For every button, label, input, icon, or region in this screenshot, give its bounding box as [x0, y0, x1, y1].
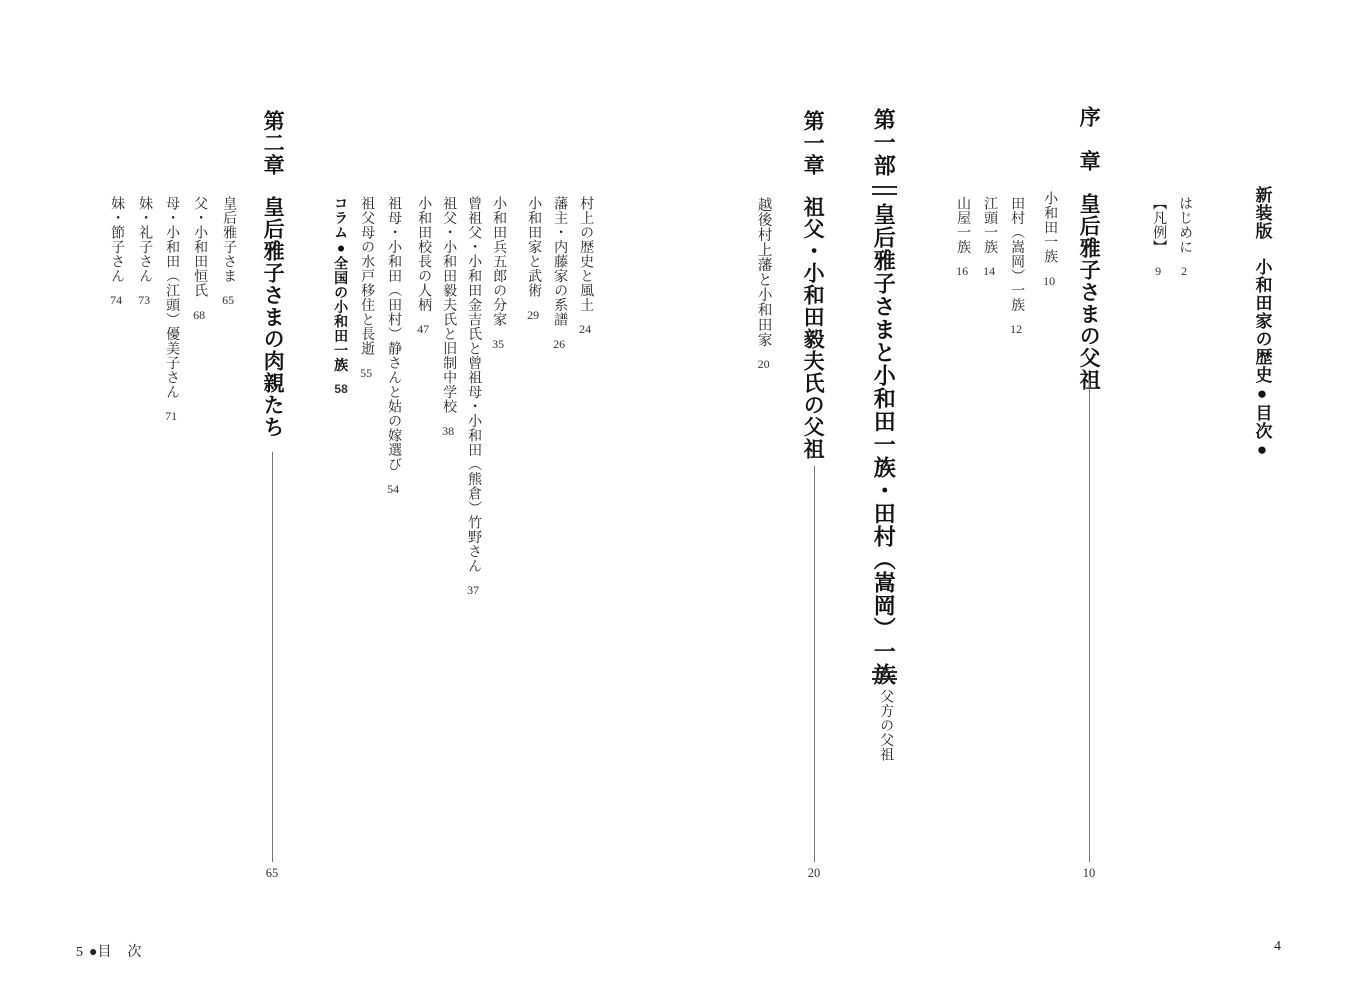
toc-entry-page: 37	[467, 584, 479, 598]
toc-entry-title: 祖母・小和田（田村）静さんと姑の嫁選び	[386, 196, 401, 472]
toc-entry-title: 山屋一族	[955, 196, 970, 254]
book-title: 新装版 小和田家の歴史●目次●	[1252, 186, 1272, 460]
toc-spread: 新装版 小和田家の歴史●目次● はじめに2 【凡例】9 序 章 皇后雅子さまの父…	[0, 0, 1362, 1000]
toc-entry: 母・小和田（江頭）優美子さん71	[163, 196, 179, 424]
toc-entry-page: 71	[165, 410, 177, 424]
toc-entry: 曾祖父・小和田金吉氏と曾祖母・小和田（熊倉）竹野さん37	[465, 196, 481, 598]
intro-chapter-label: 序 章	[1077, 106, 1101, 172]
toc-entry: 祖父母の水戸移住と長逝55	[358, 196, 374, 380]
toc-entry: 祖父・小和田毅夫氏と旧制中学校38	[440, 196, 456, 438]
toc-entry: 妹・節子さん74	[108, 196, 124, 308]
chapter1-title: 祖父・小和田毅夫氏の父祖	[801, 196, 825, 460]
toc-entry: 藩主・内藤家の系譜26	[551, 196, 567, 351]
toc-entry: 小和田兵五郎の分家35	[490, 196, 506, 351]
toc-entry: 山屋一族16	[954, 196, 970, 279]
toc-entry-title: コラム●全国の小和田一族	[333, 196, 349, 372]
toc-entry: 妹・礼子さん73	[136, 196, 152, 308]
toc-entry-hajimeni: はじめに2	[1176, 196, 1192, 279]
toc-entry-page: 29	[527, 309, 539, 323]
part-title: 皇后雅子さまと小和田一族・田村（嵩岡）一族	[871, 203, 896, 686]
toc-entry-page: 12	[1010, 323, 1022, 337]
toc-entry-hanrei: 【凡例】9	[1150, 196, 1166, 279]
chapter1-label: 第一章	[801, 110, 825, 176]
toc-entry-title: 祖父・小和田毅夫氏と旧制中学校	[441, 196, 456, 414]
toc-entry: 父・小和田恒氏68	[191, 196, 207, 322]
toc-entry-title: 江頭一族	[982, 196, 997, 254]
toc-entry-page: 35	[492, 338, 504, 352]
toc-entry-page: 58	[334, 383, 347, 397]
footer-left: 5●目 次	[76, 941, 142, 961]
part-subtitle: 父方の父祖	[877, 689, 893, 762]
toc-entry: 小和田家と武術29	[525, 196, 541, 322]
toc-entry: 村上の歴史と風土24	[577, 196, 593, 337]
toc-entry-title: 祖父母の水戸移住と長逝	[359, 196, 374, 356]
toc-entry-title: 父・小和田恒氏	[192, 196, 207, 298]
toc-entry-title: 越後村上藩と小和田家	[756, 197, 772, 347]
part-label: 第一部	[871, 108, 896, 177]
toc-entry-page: 74	[110, 294, 122, 308]
toc-entry-page: 2	[1181, 265, 1187, 279]
chapter2-label: 第二章	[261, 110, 285, 176]
chapter2-page: 65	[258, 866, 286, 881]
intro-chapter-title: 皇后雅子さまの父祖	[1077, 193, 1101, 391]
toc-entry: 小和田一族10	[1041, 191, 1057, 288]
toc-entry-title: 小和田校長の人柄	[416, 196, 431, 312]
toc-entry-page: 65	[222, 294, 234, 308]
double-rule-top	[872, 186, 897, 195]
chapter1-page: 20	[800, 866, 828, 881]
leader-line	[1089, 380, 1090, 862]
toc-entry: 皇后雅子さま65	[220, 196, 236, 308]
toc-entry: 小和田校長の人柄47	[415, 196, 431, 337]
toc-entry-title: 母・小和田（江頭）優美子さん	[164, 196, 179, 399]
toc-entry-page: 10	[1043, 275, 1055, 289]
toc-entry-page: 14	[983, 265, 995, 279]
toc-entry-title: 村上の歴史と風土	[578, 196, 593, 312]
toc-entry-page: 38	[442, 425, 454, 439]
toc-entry-page: 47	[417, 323, 429, 337]
toc-entry-column: コラム●全国の小和田一族58	[333, 196, 349, 397]
toc-entry-title: 【凡例】	[1151, 196, 1166, 254]
toc-entry-title: 小和田一族	[1042, 191, 1057, 264]
toc-entry-page: 26	[553, 338, 565, 352]
footer-right-page-number: 4	[1274, 939, 1281, 955]
leader-line	[814, 466, 815, 862]
double-rule-bottom	[872, 671, 897, 680]
footer-left-page-number: 5	[76, 945, 83, 960]
toc-entry: 越後村上藩と小和田家20	[755, 197, 772, 372]
toc-entry-title: 小和田兵五郎の分家	[491, 196, 506, 327]
toc-entry-page: 9	[1155, 265, 1161, 279]
toc-entry-title: 田村（嵩岡）一族	[1009, 196, 1024, 312]
toc-entry-page: 16	[956, 265, 968, 279]
toc-entry-title: 皇后雅子さま	[221, 196, 236, 283]
toc-entry-title: 小和田家と武術	[526, 196, 541, 298]
toc-entry: 祖母・小和田（田村）静さんと姑の嫁選び54	[385, 196, 401, 496]
leader-line	[272, 452, 273, 862]
toc-entry-title: 妹・礼子さん	[137, 196, 152, 283]
toc-entry-page: 73	[138, 294, 150, 308]
toc-entry-page: 68	[193, 309, 205, 323]
toc-entry: 江頭一族14	[981, 196, 997, 279]
footer-section-label: 目 次	[97, 945, 142, 960]
chapter2-title: 皇后雅子さまの肉親たち	[261, 196, 285, 438]
toc-entry-page: 55	[360, 367, 372, 381]
toc-entry: 田村（嵩岡）一族12	[1008, 196, 1024, 337]
toc-entry-page: 20	[758, 358, 770, 372]
toc-entry-title: はじめに	[1177, 196, 1192, 254]
toc-entry-title: 藩主・内藤家の系譜	[552, 196, 567, 327]
intro-chapter-page: 10	[1075, 866, 1103, 881]
toc-entry-title: 妹・節子さん	[109, 196, 124, 283]
toc-entry-title: 曾祖父・小和田金吉氏と曾祖母・小和田（熊倉）竹野さん	[466, 196, 481, 573]
toc-entry-page: 24	[579, 323, 591, 337]
toc-entry-page: 54	[387, 483, 399, 497]
